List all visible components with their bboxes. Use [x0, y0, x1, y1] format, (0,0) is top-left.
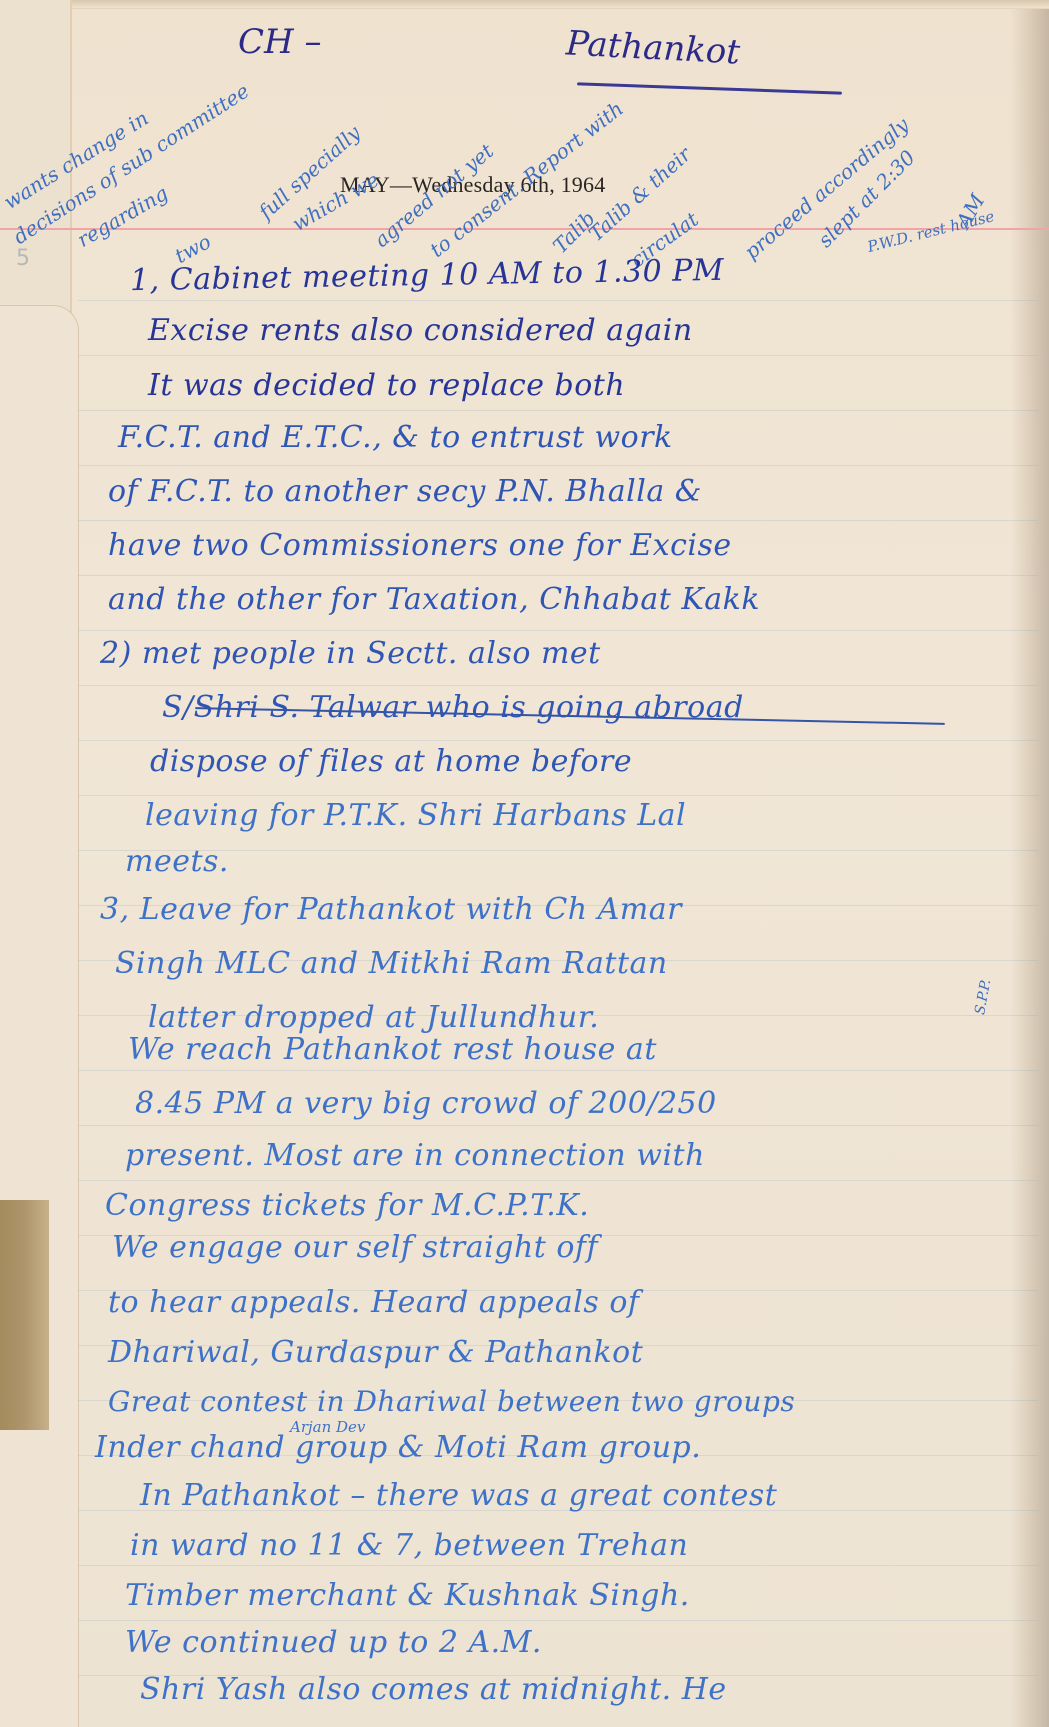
entry-3-line: We engage our self straight off [112, 1230, 598, 1265]
entry-3-line: Singh MLC and Mitkhi Ram Rattan [115, 946, 668, 981]
entry-3-line: present. Most are in connection with [125, 1138, 705, 1173]
entry-1-line: 1, Cabinet meeting 10 AM to 1.30 PM [130, 253, 725, 298]
entry-1-line: have two Commissioners one for Excise [108, 528, 732, 563]
ruled-line [78, 740, 1038, 741]
entry-3-line: We reach Pathankot rest house at [128, 1032, 657, 1067]
entry-3-line: Great contest in Dhariwal between two gr… [108, 1385, 795, 1418]
ruled-line [78, 630, 1038, 631]
entry-3-line: Inder chand group & Moti Ram group. [95, 1430, 701, 1465]
entry-2-line: leaving for P.T.K. Shri Harbans Lal [145, 798, 686, 833]
ruled-line [78, 795, 1038, 796]
entry-3-line: In Pathankot – there was a great contest [140, 1478, 777, 1513]
margin-numeral: 5 [16, 246, 30, 271]
entry-1-line: and the other for Taxation, Chhabat Kakk [108, 582, 760, 617]
ruled-line [78, 410, 1038, 411]
margin-note: P.W.D. rest house [866, 207, 996, 256]
strike-note: S.P.P. [972, 978, 994, 1016]
entry-3-line: 8.45 PM a very big crowd of 200/250 [135, 1086, 717, 1121]
entry-3-line: to hear appeals. Heard appeals of [108, 1285, 640, 1320]
entry-3-line: in ward no 11 & 7, between Trehan [130, 1528, 688, 1563]
entry-3-line: Congress tickets for M.C.P.T.K. [105, 1188, 589, 1223]
inner-page-edge [0, 305, 79, 1727]
entry-3-line: Dhariwal, Gurdaspur & Pathankot [108, 1335, 643, 1370]
entry-1-line: Excise rents also considered again [148, 313, 693, 348]
entry-2-line: 2) met people in Sectt. also met [100, 636, 601, 671]
ruled-line [78, 1180, 1038, 1181]
entry-3-line: Shri Yash also comes at midnight. He [140, 1672, 727, 1707]
ruled-line [78, 1070, 1038, 1071]
ruled-line [78, 1620, 1038, 1621]
red-margin-rule [0, 228, 1049, 230]
tape-tab [0, 1200, 49, 1430]
entry-1-line: F.C.T. and E.T.C., & to entrust work [118, 420, 673, 455]
ruled-line [78, 575, 1038, 576]
entry-1-line: It was decided to replace both [148, 368, 625, 403]
title-left: CH – [238, 22, 321, 62]
ruled-line [78, 300, 1038, 301]
entry-1-line: of F.C.T. to another secy P.N. Bhalla & [108, 474, 702, 509]
ruled-line [78, 1565, 1038, 1566]
entry-3-line: Timber merchant & Kushnak Singh. [125, 1578, 690, 1613]
entry-3-line: We continued up to 2 A.M. [125, 1625, 542, 1660]
entry-2-line: dispose of files at home before [150, 744, 632, 779]
diary-page: 5 CH – Pathankot MAY—Wednesday 6th, 1964… [0, 0, 1049, 1727]
title-right: Pathankot [565, 23, 741, 72]
entry-2-line: meets. [125, 844, 229, 879]
ruled-line [78, 685, 1038, 686]
ruled-line [78, 355, 1038, 356]
ruled-line [78, 1125, 1038, 1126]
ruled-line [78, 520, 1038, 521]
ruled-line [78, 465, 1038, 466]
page-top-edge [0, 0, 1049, 9]
entry-3-line: 3, Leave for Pathankot with Ch Amar [100, 892, 682, 927]
title-underline [577, 82, 842, 94]
entry-3-line: latter dropped at Jullundhur. [148, 1000, 599, 1035]
